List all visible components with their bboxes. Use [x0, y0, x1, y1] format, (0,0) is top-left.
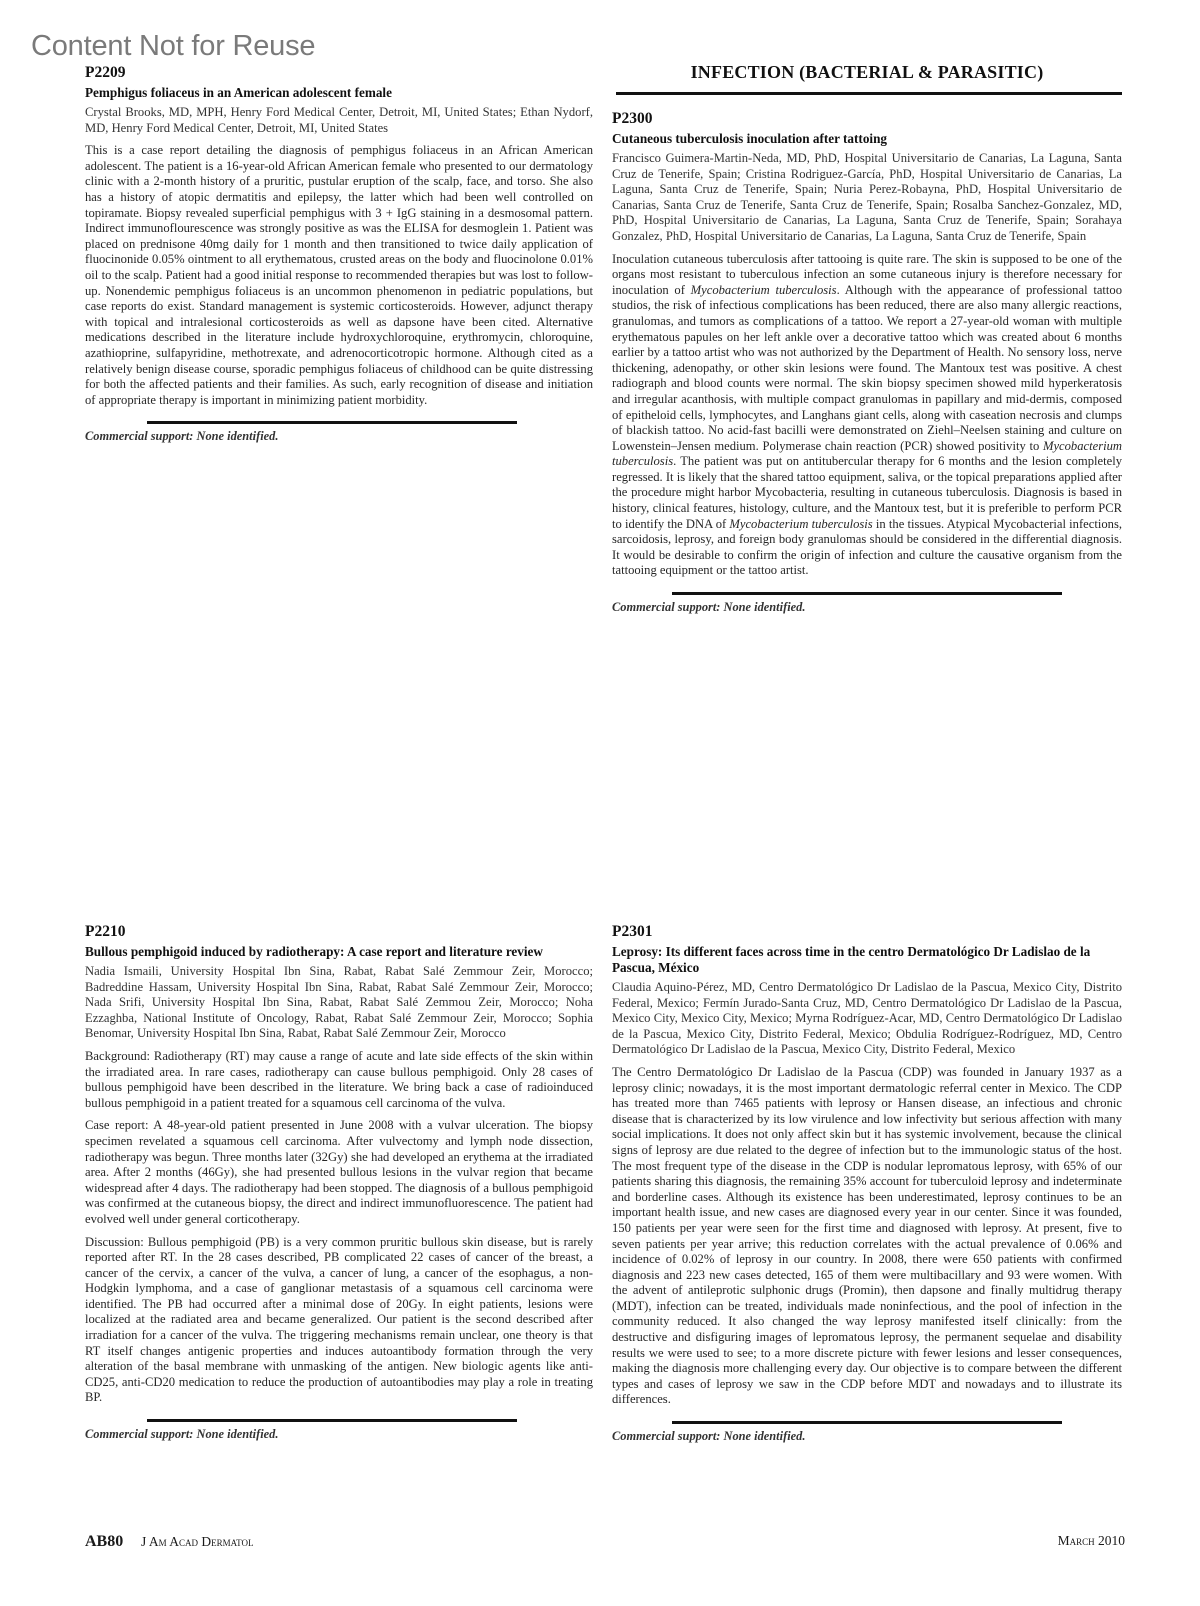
divider [672, 592, 1062, 595]
abstract-title: Bullous pemphigoid induced by radiothera… [85, 944, 593, 960]
abstract-body: Inoculation cutaneous tuberculosis after… [612, 252, 1122, 579]
abstract-p2210: P2210 Bullous pemphigoid induced by radi… [85, 923, 593, 1442]
issue-date: March 2010 [1058, 1533, 1125, 1549]
abstract-body: The Centro Dermatológico Dr Ladislao de … [612, 1065, 1122, 1408]
divider [147, 421, 517, 424]
abstract-authors: Claudia Aquino-Pérez, MD, Centro Dermato… [612, 980, 1122, 1058]
abstract-discussion: Discussion: Bullous pemphigoid (PB) is a… [85, 1235, 593, 1407]
abstract-p2300: P2300 Cutaneous tuberculosis inoculation… [612, 110, 1122, 615]
body-text: . Although with the appearance of profes… [612, 283, 1122, 453]
species-name: Mycobacterium tuberculosis [729, 517, 872, 531]
divider [147, 1419, 517, 1422]
watermark: Content Not for Reuse [31, 30, 315, 63]
abstract-id: P2300 [612, 110, 1122, 128]
abstract-p2209: P2209 Pemphigus foliaceus in an American… [85, 64, 593, 444]
section-heading: INFECTION (BACTERIAL & PARASITIC) [612, 62, 1122, 83]
abstract-title: Leprosy: Its different faces across time… [612, 944, 1122, 976]
abstract-authors: Crystal Brooks, MD, MPH, Henry Ford Medi… [85, 105, 593, 136]
abstract-authors: Nadia Ismaili, University Hospital Ibn S… [85, 964, 593, 1042]
section-divider [616, 92, 1122, 95]
commercial-support: Commercial support: None identified. [612, 600, 1122, 615]
journal-name: J Am Acad Dermatol [141, 1534, 253, 1549]
commercial-support: Commercial support: None identified. [85, 1427, 593, 1442]
abstract-authors: Francisco Guimera-Martin-Neda, MD, PhD, … [612, 151, 1122, 245]
abstract-id: P2209 [85, 64, 593, 82]
commercial-support: Commercial support: None identified. [612, 1429, 1122, 1444]
species-name: Mycobacterium tuberculosis [691, 283, 837, 297]
abstract-id: P2210 [85, 923, 593, 941]
abstract-body: This is a case report detailing the diag… [85, 143, 593, 408]
page-number: AB80 [85, 1533, 123, 1550]
abstract-title: Pemphigus foliaceus in an American adole… [85, 85, 593, 101]
abstract-title: Cutaneous tuberculosis inoculation after… [612, 131, 1122, 147]
abstract-id: P2301 [612, 923, 1122, 941]
divider [672, 1421, 1062, 1424]
abstract-background: Background: Radiotherapy (RT) may cause … [85, 1049, 593, 1111]
page-footer: AB80 J Am Acad Dermatol March 2010 [85, 1533, 1125, 1551]
abstract-case-report: Case report: A 48-year-old patient prese… [85, 1118, 593, 1227]
commercial-support: Commercial support: None identified. [85, 429, 593, 444]
abstract-p2301: P2301 Leprosy: Its different faces acros… [612, 923, 1122, 1444]
